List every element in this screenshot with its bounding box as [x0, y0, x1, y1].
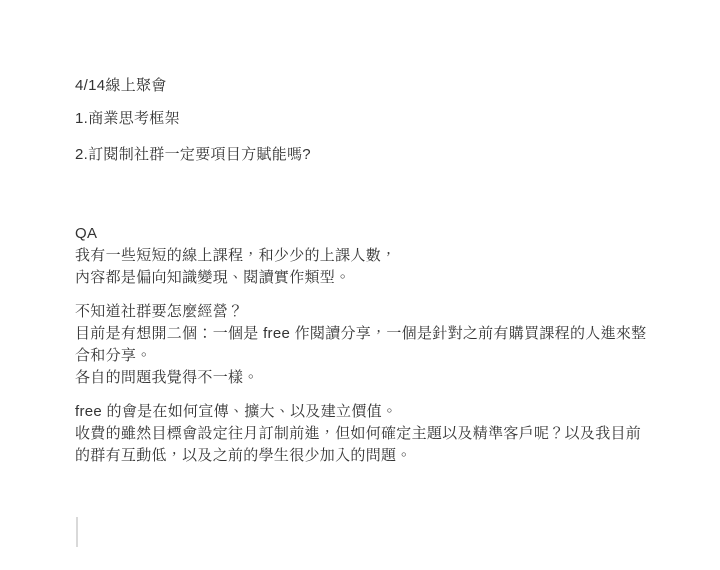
document-page: 4/14線上聚會 1.商業思考框架 2.訂閱制社群一定要項目方賦能嗎? QA 我…: [0, 0, 720, 570]
qa-paragraph-1-line-2: 內容都是偏向知識變現、閱讀實作類型。: [75, 267, 650, 289]
qa-paragraph-2-line-3: 合和分享。: [75, 345, 650, 367]
meeting-title: 4/14線上聚會: [75, 75, 650, 97]
qa-paragraph-3-line-1: free 的會是在如何宣傳、擴大、以及建立價值。: [75, 401, 650, 423]
qa-paragraph-2-line-1: 不知道社群要怎麼經營？: [75, 301, 650, 323]
qa-paragraph-2-line-2: 目前是有想開二個：一個是 free 作閱讀分享，一個是針對之前有購買課程的人進來…: [75, 323, 650, 345]
qa-paragraph-2-line-4: 各自的問題我覺得不一樣。: [75, 367, 650, 389]
qa-paragraph-3-line-3: 的群有互動低，以及之前的學生很少加入的問題。: [75, 445, 650, 467]
text-cursor[interactable]: [76, 517, 78, 547]
document-text-area[interactable]: 4/14線上聚會 1.商業思考框架 2.訂閱制社群一定要項目方賦能嗎? QA 我…: [75, 75, 650, 467]
qa-paragraph-3-line-2: 收費的雖然目標會設定往月訂制前進，但如何確定主題以及精準客戶呢？以及我目前: [75, 423, 650, 445]
agenda-item-2: 2.訂閱制社群一定要項目方賦能嗎?: [75, 144, 650, 166]
qa-heading: QA: [75, 223, 650, 245]
agenda-item-1: 1.商業思考框架: [75, 108, 650, 130]
qa-paragraph-1-line-1: 我有一些短短的線上課程，和少少的上課人數，: [75, 245, 650, 267]
